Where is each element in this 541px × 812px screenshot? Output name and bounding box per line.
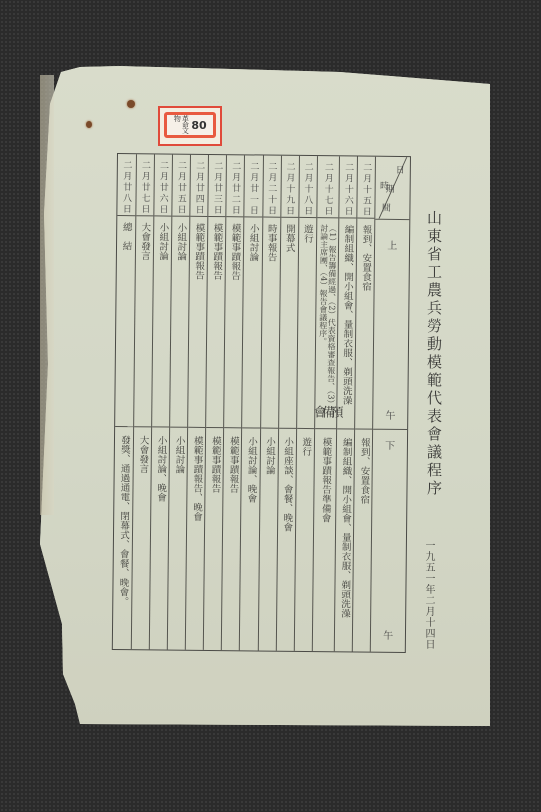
pin-hole [86, 121, 92, 128]
morning-cell: 編制組織、開小組會、量制衣服、剃頭洗澡 [337, 218, 356, 428]
header-time-label: 間 [382, 201, 391, 214]
document-title: 山東省工農兵勞動模範代表會議程序 [424, 210, 445, 498]
date-cell: 二月二十日 [263, 156, 281, 218]
header-date-label: 日 [396, 163, 405, 176]
morning-cell: 預備會 （1）報告籌備經過、（2）代表資格審查報告、（3）討論主席團、（4）報告… [315, 218, 339, 428]
header-corner-cell: 日 期 時 間 [376, 157, 410, 220]
afternoon-cell: 發獎、通過通電、閉幕式、會餐、晚會。 [113, 426, 133, 649]
afternoon-cell: 遊行 [294, 428, 313, 651]
paper-torn-edge [40, 75, 54, 515]
afternoon-cell: 模範事蹟報告準備會 [313, 428, 337, 651]
date-cell: 二月十六日 [340, 156, 358, 218]
date-cell: 二月十七日 [317, 156, 339, 218]
afternoon-cell: 小組座談、會餐、晚會 [276, 428, 295, 651]
date-cell: 二月廿六日 [154, 154, 172, 216]
afternoon-cell: 模範事蹟報告 [222, 427, 241, 650]
afternoon-cell: 編制組織、開小組會、量制衣服、剃頭洗澡 [335, 428, 354, 651]
morning-cell: 模範事蹟報告 [225, 217, 244, 427]
document-date: 一九五一年二月十四日 [421, 540, 436, 650]
date-cell: 二月廿八日 [117, 154, 136, 216]
header-column: 日 期 時 間 上 午 下 午 [370, 157, 410, 652]
date-cell: 二月廿一日 [245, 155, 263, 217]
preparatory-meeting-title: 預備會 [313, 405, 339, 428]
morning-cell: 時事報告 [261, 218, 280, 428]
date-cell: 二月廿七日 [136, 154, 154, 216]
morning-cell: 遊行 [297, 218, 316, 428]
morning-label: 午 [374, 407, 408, 422]
relic-stamp: 革命文物 80 [158, 106, 222, 146]
date-cell: 二月十五日 [358, 157, 376, 219]
afternoon-cell: 小組討論 [258, 428, 277, 651]
afternoon-cell: 大會發言 [132, 426, 151, 649]
morning-cell: 模範事蹟報告 [206, 217, 225, 427]
morning-cell: 模範事蹟報告 [188, 217, 207, 427]
afternoon-cell: 報到、安置食宿 [353, 429, 372, 652]
date-cell: 二月十八日 [299, 156, 317, 218]
morning-cell: 報到、安置食宿 [355, 219, 374, 429]
afternoon-label: 午 [371, 627, 405, 642]
date-cell: 二月廿四日 [191, 155, 209, 217]
row-divider [374, 429, 408, 430]
afternoon-label: 下 [373, 437, 407, 452]
schedule-table: 日 期 時 間 上 午 下 午 二月十五日 報到、安置食宿 報到、安置食宿 二月… [112, 153, 411, 653]
date-cell: 二月廿三日 [209, 155, 227, 217]
afternoon-cell: 模範事蹟報告、晚會 [186, 427, 205, 650]
morning-cell: 大會發言 [134, 216, 153, 426]
stamp-label: 革命文物 [173, 115, 189, 135]
afternoon-cell: 小組討論 [168, 427, 187, 650]
pin-hole [127, 100, 135, 108]
stamp-number: 80 [191, 119, 206, 132]
header-time-label: 時 [380, 179, 389, 192]
morning-label: 上 [375, 237, 409, 252]
date-cell: 二月廿二日 [227, 155, 245, 217]
date-cell: 二月十九日 [281, 156, 299, 218]
preparatory-meeting-items: （1）報告籌備經過、（2）代表資格審查報告、（3）討論主席團、（4）報告會議程序… [317, 224, 336, 405]
morning-cell: 總 結 [115, 216, 135, 426]
morning-cell: 小組討論 [170, 217, 189, 427]
afternoon-cell: 小組討論、晚會 [240, 427, 259, 650]
morning-cell: 小組討論 [243, 217, 262, 427]
afternoon-cell: 模範事蹟報告 [204, 427, 223, 650]
date-cell: 二月廿五日 [172, 155, 190, 217]
morning-cell: 開幕式 [279, 218, 298, 428]
morning-cell: 小組討論 [152, 216, 171, 426]
afternoon-cell: 小組討論、晚會 [150, 426, 169, 649]
